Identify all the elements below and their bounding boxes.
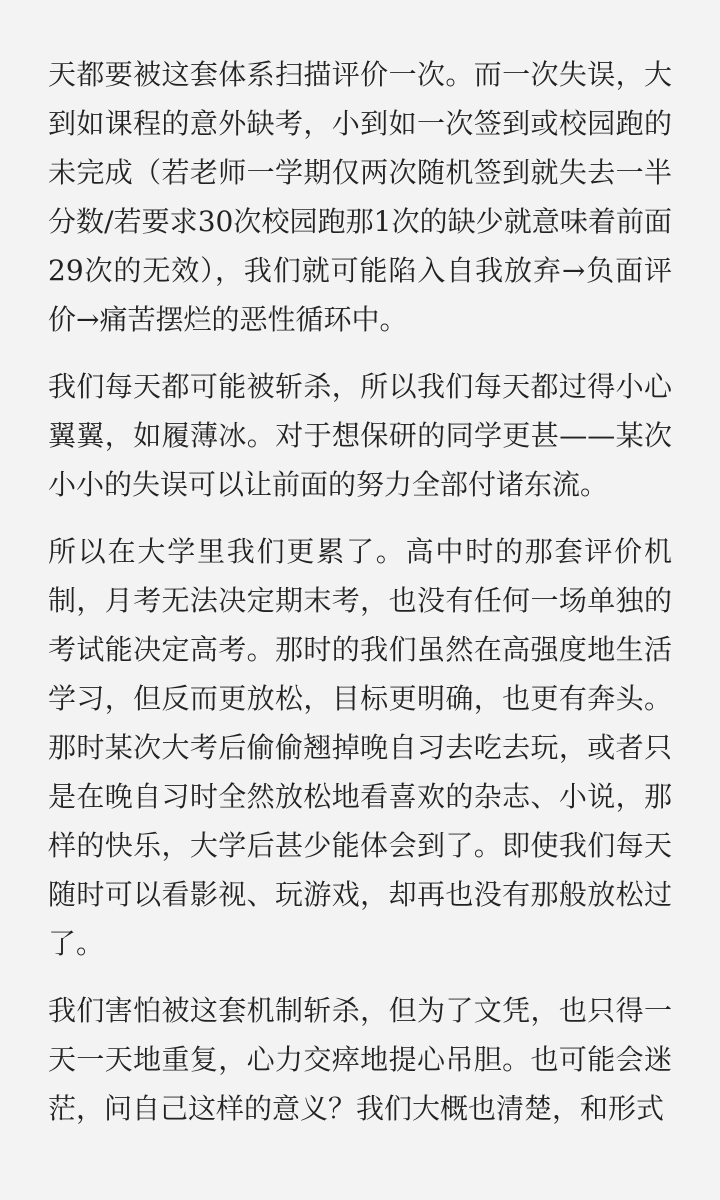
article-paragraph-2: 我们每天都可能被斩杀，所以我们每天都过得小心翼翼，如履薄冰。对于想保研的同学更甚… xyxy=(48,362,672,509)
article-body: 天都要被这套体系扫描评价一次。而一次失误，大到如课程的意外缺考，小到如一次签到或… xyxy=(48,50,672,1151)
article-paragraph-4: 我们害怕被这套机制斩杀，但为了文凭，也只得一天一天地重复，心力交瘁地提心吊胆。也… xyxy=(48,986,672,1133)
article-paragraph-3: 所以在大学里我们更累了。高中时的那套评价机制，月考无法决定期末考，也没有任何一场… xyxy=(48,527,672,968)
article-paragraph-1: 天都要被这套体系扫描评价一次。而一次失误，大到如课程的意外缺考，小到如一次签到或… xyxy=(48,50,672,344)
